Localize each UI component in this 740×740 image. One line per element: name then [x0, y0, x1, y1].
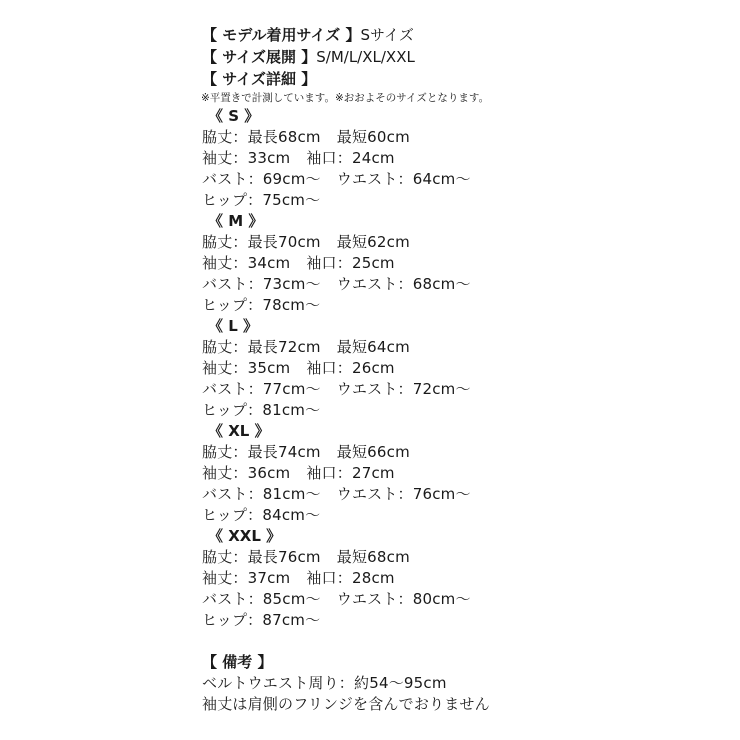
remarks-section: 【 備考 】 ベルトウエスト周り：約54〜95cm 袖丈は肩側のフリンジを含んで…: [202, 651, 722, 715]
remarks-heading: 【 備考 】: [202, 651, 722, 673]
section-spacer: [202, 631, 722, 651]
remark-line: 袖丈は肩側のフリンジを含んでおりません: [202, 694, 722, 715]
size-block-l: 《 L 》 脇丈：最長72cm最短64cm 袖丈：35cm袖口：26cm バスト…: [202, 316, 722, 421]
sleeve-length: 袖丈：37cm: [202, 569, 290, 587]
size-title: 《 XL 》: [202, 421, 722, 442]
bust: バスト：69cm〜: [202, 170, 321, 188]
bust-waist-row: バスト：81cm〜ウエスト：76cm〜: [202, 484, 722, 505]
hip-row: ヒップ：75cm〜: [202, 190, 722, 211]
cuff: 袖口：25cm: [306, 254, 394, 272]
model-size-label: 【 モデル着用サイズ 】: [202, 26, 361, 44]
sleeve-row: 袖丈：34cm袖口：25cm: [202, 253, 722, 274]
length-row: 脇丈：最長72cm最短64cm: [202, 337, 722, 358]
size-range-row: 【 サイズ展開 】S/M/L/XL/XXL: [202, 46, 722, 68]
size-title: 《 S 》: [202, 106, 722, 127]
hip: ヒップ：84cm〜: [202, 506, 320, 524]
hip: ヒップ：75cm〜: [202, 191, 320, 209]
length-row: 脇丈：最長74cm最短66cm: [202, 442, 722, 463]
bust: バスト：81cm〜: [202, 485, 321, 503]
size-title: 《 XXL 》: [202, 526, 722, 547]
sleeve-row: 袖丈：33cm袖口：24cm: [202, 148, 722, 169]
hip-row: ヒップ：81cm〜: [202, 400, 722, 421]
remark-line: ベルトウエスト周り：約54〜95cm: [202, 673, 722, 694]
sleeve-length: 袖丈：35cm: [202, 359, 290, 377]
bust-waist-row: バスト：73cm〜ウエスト：68cm〜: [202, 274, 722, 295]
waist: ウエスト：64cm〜: [337, 170, 471, 188]
length-max: 脇丈：最長68cm: [202, 128, 321, 146]
length-row: 脇丈：最長68cm最短60cm: [202, 127, 722, 148]
size-block-m: 《 M 》 脇丈：最長70cm最短62cm 袖丈：34cm袖口：25cm バスト…: [202, 211, 722, 316]
length-max: 脇丈：最長74cm: [202, 443, 321, 461]
cuff: 袖口：24cm: [306, 149, 394, 167]
size-detail-label: 【 サイズ詳細 】: [202, 70, 316, 88]
sleeve-row: 袖丈：35cm袖口：26cm: [202, 358, 722, 379]
length-max: 脇丈：最長72cm: [202, 338, 321, 356]
length-row: 脇丈：最長70cm最短62cm: [202, 232, 722, 253]
model-size-row: 【 モデル着用サイズ 】Sサイズ: [202, 24, 722, 46]
bust-waist-row: バスト：77cm〜ウエスト：72cm〜: [202, 379, 722, 400]
size-title: 《 M 》: [202, 211, 722, 232]
cuff: 袖口：27cm: [306, 464, 394, 482]
length-max: 脇丈：最長70cm: [202, 233, 321, 251]
measurement-note: ※平置きで計測しています。※おおよそのサイズとなります。: [201, 90, 722, 106]
length-min: 最短66cm: [337, 443, 410, 461]
bust: バスト：85cm〜: [202, 590, 321, 608]
sleeve-length: 袖丈：34cm: [202, 254, 290, 272]
hip: ヒップ：78cm〜: [202, 296, 320, 314]
cuff: 袖口：28cm: [306, 569, 394, 587]
hip-row: ヒップ：78cm〜: [202, 295, 722, 316]
hip: ヒップ：81cm〜: [202, 401, 320, 419]
size-block-s: 《 S 》 脇丈：最長68cm最短60cm 袖丈：33cm袖口：24cm バスト…: [202, 106, 722, 211]
size-block-xxl: 《 XXL 》 脇丈：最長76cm最短68cm 袖丈：37cm袖口：28cm バ…: [202, 526, 722, 631]
bust-waist-row: バスト：69cm〜ウエスト：64cm〜: [202, 169, 722, 190]
sleeve-row: 袖丈：36cm袖口：27cm: [202, 463, 722, 484]
bust: バスト：77cm〜: [202, 380, 321, 398]
size-detail-row: 【 サイズ詳細 】: [202, 68, 722, 90]
bust: バスト：73cm〜: [202, 275, 321, 293]
waist: ウエスト：72cm〜: [337, 380, 471, 398]
cuff: 袖口：26cm: [306, 359, 394, 377]
model-size-value: Sサイズ: [361, 26, 414, 44]
hip-row: ヒップ：84cm〜: [202, 505, 722, 526]
sleeve-length: 袖丈：33cm: [202, 149, 290, 167]
length-min: 最短64cm: [337, 338, 410, 356]
waist: ウエスト：76cm〜: [337, 485, 471, 503]
size-spec-document: 【 モデル着用サイズ 】Sサイズ 【 サイズ展開 】S/M/L/XL/XXL 【…: [202, 24, 722, 715]
remarks-label: 【 備考 】: [202, 653, 272, 671]
size-block-xl: 《 XL 》 脇丈：最長74cm最短66cm 袖丈：36cm袖口：27cm バス…: [202, 421, 722, 526]
waist: ウエスト：80cm〜: [337, 590, 471, 608]
sleeve-row: 袖丈：37cm袖口：28cm: [202, 568, 722, 589]
sleeve-length: 袖丈：36cm: [202, 464, 290, 482]
size-range-label: 【 サイズ展開 】: [202, 48, 316, 66]
length-min: 最短62cm: [337, 233, 410, 251]
bust-waist-row: バスト：85cm〜ウエスト：80cm〜: [202, 589, 722, 610]
length-row: 脇丈：最長76cm最短68cm: [202, 547, 722, 568]
length-max: 脇丈：最長76cm: [202, 548, 321, 566]
size-range-value: S/M/L/XL/XXL: [316, 48, 415, 66]
length-min: 最短60cm: [337, 128, 410, 146]
size-title: 《 L 》: [202, 316, 722, 337]
hip-row: ヒップ：87cm〜: [202, 610, 722, 631]
hip: ヒップ：87cm〜: [202, 611, 320, 629]
length-min: 最短68cm: [337, 548, 410, 566]
waist: ウエスト：68cm〜: [337, 275, 471, 293]
